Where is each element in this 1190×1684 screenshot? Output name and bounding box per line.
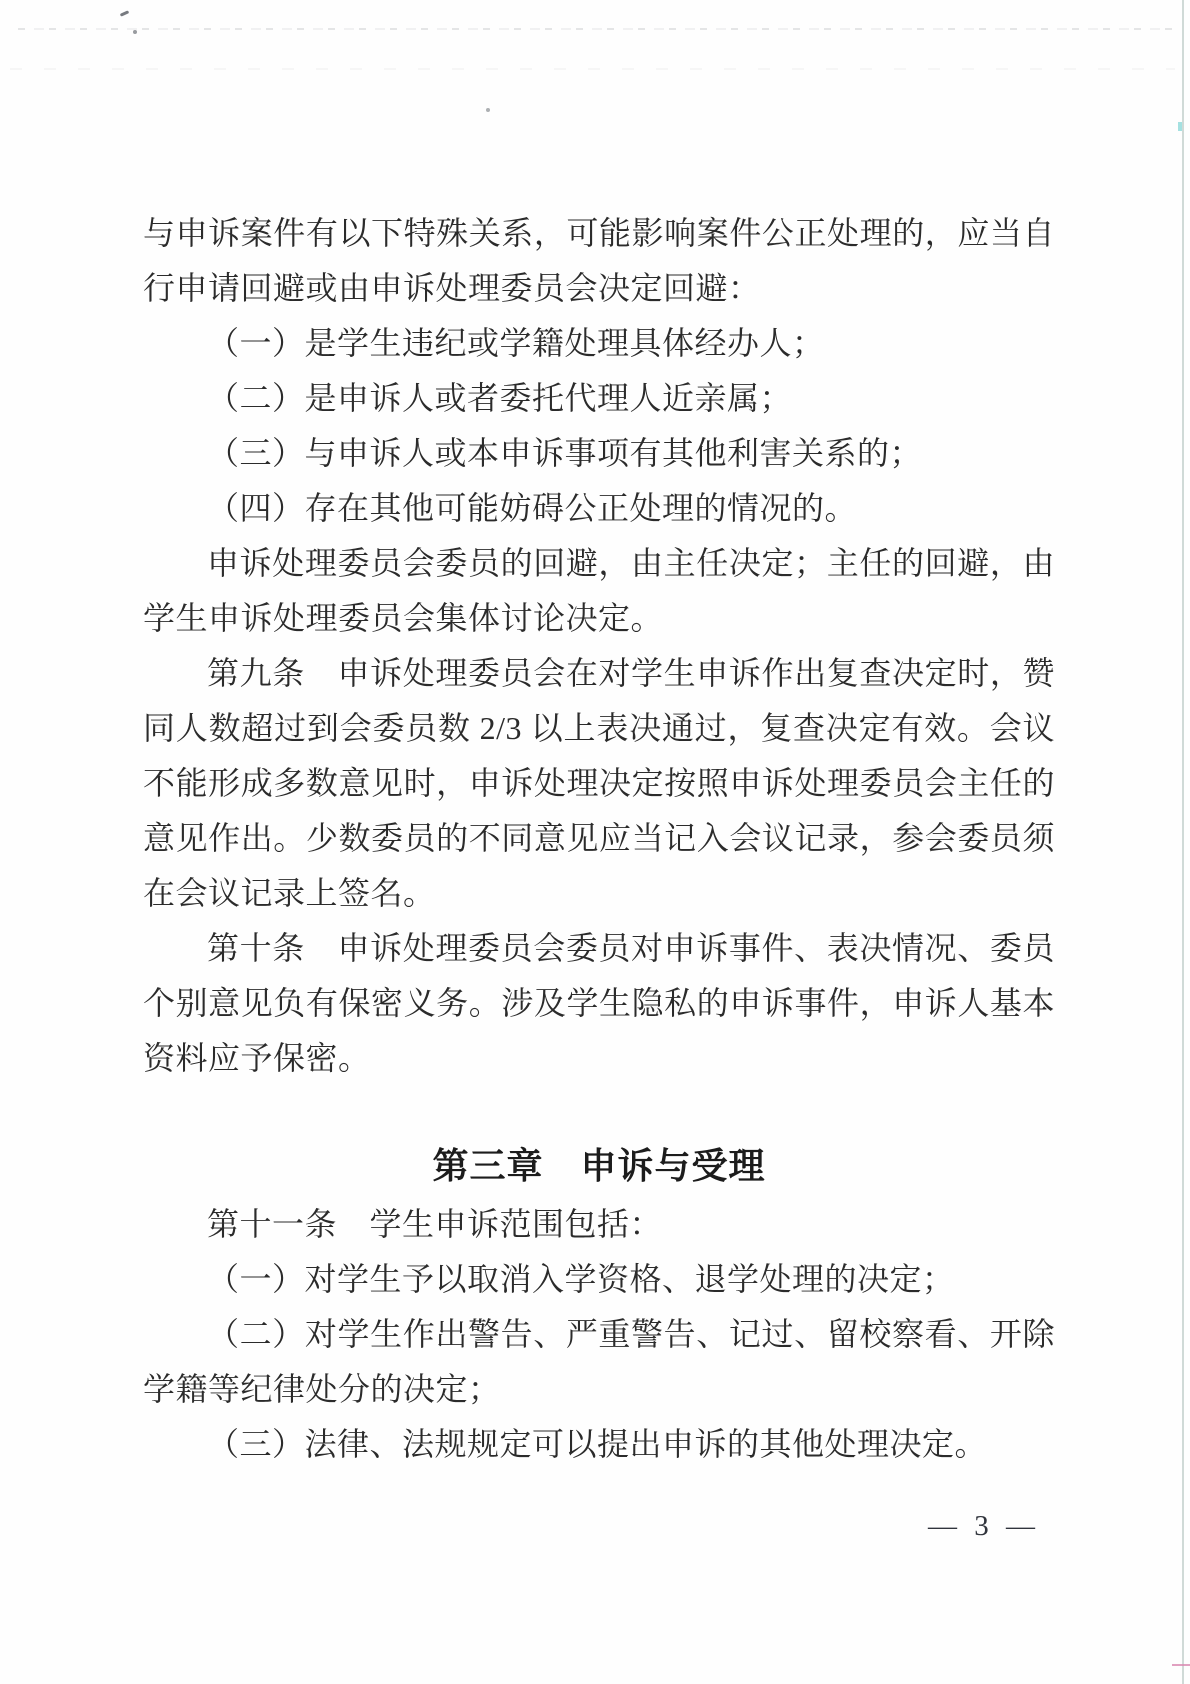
list-item-2: （二）对学生作出警告、严重警告、记过、留校察看、开除学籍等纪律处分的决定； — [143, 1307, 1055, 1417]
paragraph-continued: 与申诉案件有以下特殊关系，可能影响案件公正处理的，应当自行申请回避或由申诉处理委… — [143, 206, 1055, 316]
page-number: — 3 — — [928, 1506, 1040, 1546]
list-item-1: （一）对学生予以取消入学资格、退学处理的决定； — [143, 1252, 1055, 1307]
scan-noise-streak — [18, 28, 1178, 30]
scan-edge-line — [1182, 0, 1184, 1684]
document-body: 与申诉案件有以下特殊关系，可能影响案件公正处理的，应当自行申请回避或由申诉处理委… — [143, 206, 1055, 1472]
paragraph: 申诉处理委员会委员的回避，由主任决定；主任的回避，由学生申诉处理委员会集体讨论决… — [143, 536, 1055, 646]
list-item-3: （三）与申诉人或本申诉事项有其他利害关系的； — [143, 426, 1055, 481]
list-item-2: （二）是申诉人或者委托代理人近亲属； — [143, 371, 1055, 426]
scan-edge-line — [1172, 1664, 1190, 1666]
list-item-1: （一）是学生违纪或学籍处理具体经办人； — [143, 316, 1055, 371]
document-page: 与申诉案件有以下特殊关系，可能影响案件公正处理的，应当自行申请回避或由申诉处理委… — [0, 0, 1190, 1684]
list-item-3: （三）法律、法规规定可以提出申诉的其他处理决定。 — [143, 1417, 1055, 1472]
scan-speck — [133, 30, 137, 34]
list-item-4: （四）存在其他可能妨碍公正处理的情况的。 — [143, 481, 1055, 536]
chapter-heading: 第三章 申诉与受理 — [143, 1138, 1055, 1193]
article-9-paragraph: 第九条 申诉处理委员会在对学生申诉作出复查决定时，赞同人数超过到会委员数 2/3… — [143, 646, 1055, 921]
article-10-paragraph: 第十条 申诉处理委员会委员对申诉事件、表决情况、委员个别意见负有保密义务。涉及学… — [143, 921, 1055, 1086]
article-11-paragraph: 第十一条 学生申诉范围包括： — [143, 1197, 1055, 1252]
scan-speck — [120, 10, 129, 16]
scan-speck — [486, 108, 490, 112]
scan-noise-streak — [10, 68, 1175, 70]
